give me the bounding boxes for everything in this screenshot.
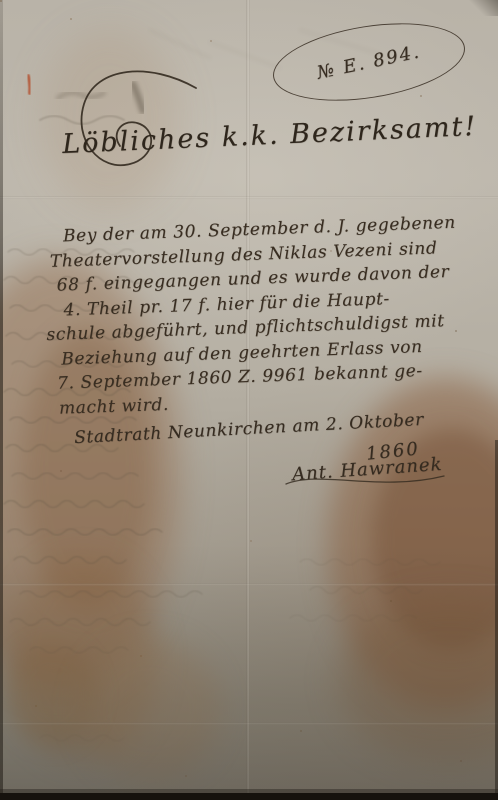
- document-photo: № E. 894. Löbliches k.k. Bezirksamt! Bey…: [0, 0, 498, 800]
- photo-edge-bottom: [0, 793, 498, 800]
- photo-corner-shadow: [464, 0, 498, 16]
- photo-edge-left: [0, 0, 3, 800]
- paper-sheet: № E. 894. Löbliches k.k. Bezirksamt! Bey…: [0, 0, 498, 800]
- bottom-shading: [0, 0, 498, 800]
